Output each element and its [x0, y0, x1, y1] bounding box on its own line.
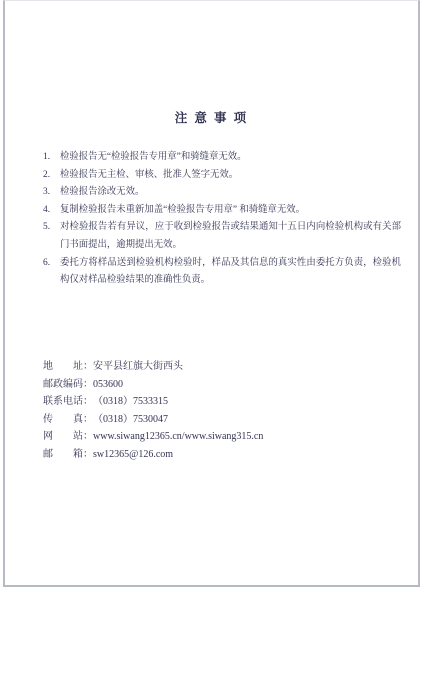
contact-label: 地 址： — [43, 358, 93, 376]
notice-item: 6. 委托方将样品送到检验机构检验时，样品及其信息的真实性由委托方负责，检验机构… — [43, 255, 401, 290]
notice-number: 4. — [43, 202, 60, 220]
scanned-document: 注 意 事 项 1. 检验报告无“检验报告专用章”和骑缝章无效。 2. 检验报告… — [0, 0, 424, 700]
notice-number: 2. — [43, 167, 60, 185]
contact-label: 网 站： — [43, 428, 93, 446]
contact-row-phone: 联系电话： （0318）7533315 — [43, 393, 383, 411]
notice-item: 3. 检验报告涂改无效。 — [43, 184, 401, 202]
notice-text: 检验报告涂改无效。 — [60, 184, 401, 202]
document-page: 注 意 事 项 1. 检验报告无“检验报告专用章”和骑缝章无效。 2. 检验报告… — [3, 0, 420, 587]
contact-row-website: 网 站： www.siwang12365.cn/www.siwang315.cn — [43, 428, 383, 446]
contact-row-fax: 传 真： （0318）7530047 — [43, 411, 383, 429]
notice-number: 1. — [43, 149, 60, 167]
notice-number: 3. — [43, 184, 60, 202]
page-title: 注 意 事 项 — [5, 108, 418, 126]
contact-label: 联系电话： — [43, 393, 93, 411]
notice-text: 对检验报告若有异议，应于收到检验报告或结果通知十五日内向检验机构或有关部门书面提… — [60, 219, 401, 254]
contact-value: （0318）7533315 — [93, 393, 168, 411]
notice-item: 4. 复制检验报告未重新加盖“检验报告专用章” 和骑缝章无效。 — [43, 202, 401, 220]
notice-text: 复制检验报告未重新加盖“检验报告专用章” 和骑缝章无效。 — [60, 202, 401, 220]
notice-text: 委托方将样品送到检验机构检验时，样品及其信息的真实性由委托方负责，检验机构仅对样… — [60, 255, 401, 290]
notice-number: 6. — [43, 255, 60, 273]
contact-block: 地 址： 安平县红旗大街西头 邮政编码： 053600 联系电话： （0318）… — [43, 358, 383, 464]
contact-value: 安平县红旗大街西头 — [93, 358, 183, 376]
notice-text: 检验报告无“检验报告专用章”和骑缝章无效。 — [60, 149, 401, 167]
contact-value: 053600 — [93, 376, 123, 394]
contact-value: www.siwang12365.cn/www.siwang315.cn — [93, 428, 263, 446]
contact-row-email: 邮 箱： sw12365@126.com — [43, 446, 383, 464]
contact-row-address: 地 址： 安平县红旗大街西头 — [43, 358, 383, 376]
notice-number: 5. — [43, 219, 60, 237]
contact-value: sw12365@126.com — [93, 446, 173, 464]
notice-item: 1. 检验报告无“检验报告专用章”和骑缝章无效。 — [43, 149, 401, 167]
contact-label: 邮 箱： — [43, 446, 93, 464]
contact-value: （0318）7530047 — [93, 411, 168, 429]
notice-item: 5. 对检验报告若有异议，应于收到检验报告或结果通知十五日内向检验机构或有关部门… — [43, 219, 401, 254]
notice-item: 2. 检验报告无主检、审核、批准人签字无效。 — [43, 167, 401, 185]
contact-label: 邮政编码： — [43, 376, 93, 394]
notice-list: 1. 检验报告无“检验报告专用章”和骑缝章无效。 2. 检验报告无主检、审核、批… — [43, 149, 401, 290]
contact-label: 传 真： — [43, 411, 93, 429]
notice-text: 检验报告无主检、审核、批准人签字无效。 — [60, 167, 401, 185]
contact-row-postal-code: 邮政编码： 053600 — [43, 376, 383, 394]
